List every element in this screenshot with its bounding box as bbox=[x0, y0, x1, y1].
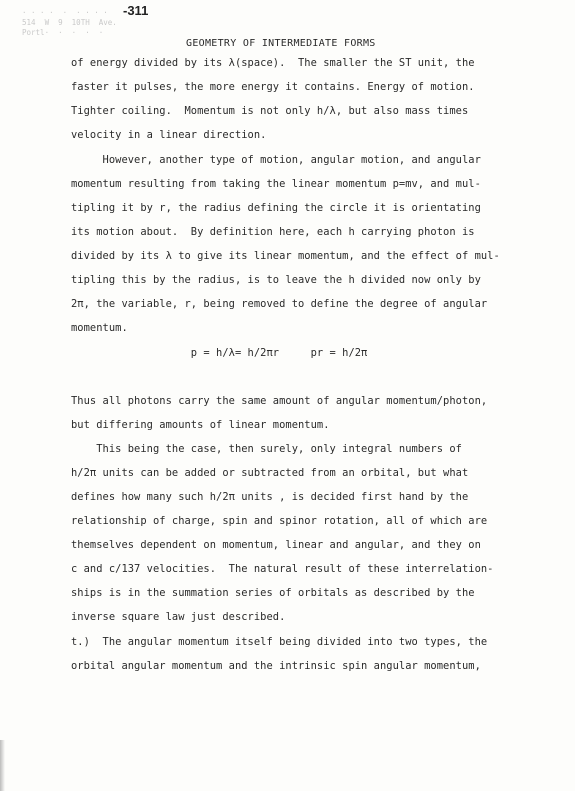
stamp-line: · · · · · · · · · bbox=[22, 8, 117, 18]
text-line: divided by its λ to give its linear mome… bbox=[71, 250, 500, 262]
text-line: 2π, the variable, r, being removed to de… bbox=[71, 298, 487, 310]
text-line: tipling this by the radius, is to leave … bbox=[71, 274, 481, 286]
address-stamp: · · · · · · · · · 514 W 9 10TH Ave. Port… bbox=[22, 8, 117, 38]
stamp-line: 514 W 9 10TH Ave. bbox=[22, 18, 117, 28]
text-line: t.) The angular momentum itself being di… bbox=[71, 636, 487, 648]
text-line: but differing amounts of linear momentum… bbox=[71, 419, 330, 431]
text-line: However, another type of motion, angular… bbox=[71, 154, 481, 166]
text-line: tipling it by r, the radius defining the… bbox=[71, 202, 481, 214]
page-number: -311 bbox=[123, 3, 148, 18]
text-line: inverse square law just described. bbox=[71, 611, 285, 623]
text-line: of energy divided by its λ(space). The s… bbox=[71, 57, 475, 69]
text-line: themselves dependent on momentum, linear… bbox=[71, 539, 481, 551]
stamp-line: Portl· · · · · bbox=[22, 28, 117, 38]
text-line: its motion about. By definition here, ea… bbox=[71, 226, 475, 238]
text-line: orbital angular momentum and the intrins… bbox=[71, 660, 481, 672]
text-line: momentum. bbox=[71, 322, 128, 334]
text-line: ships is in the summation series of orbi… bbox=[71, 587, 475, 599]
text-line: defines how many such h/2π units , is de… bbox=[71, 491, 468, 503]
text-line: c and c/137 velocities. The natural resu… bbox=[71, 563, 493, 575]
text-line: velocity in a linear direction. bbox=[71, 129, 266, 141]
text-line: This being the case, then surely, only i… bbox=[71, 443, 462, 455]
equation-line: p = h/λ= h/2πr pr = h/2π bbox=[71, 347, 367, 359]
text-line: relationship of charge, spin and spinor … bbox=[71, 515, 487, 527]
text-line: Thus all photons carry the same amount o… bbox=[71, 395, 487, 407]
text-line: h/2π units can be added or subtracted fr… bbox=[71, 467, 468, 479]
text-line: faster it pulses, the more energy it con… bbox=[71, 81, 475, 93]
text-line: Tighter coiling. Momentum is not only h/… bbox=[71, 105, 468, 117]
text-line: momentum resulting from taking the linea… bbox=[71, 178, 481, 190]
scan-edge-shadow bbox=[0, 740, 5, 791]
page-title: GEOMETRY OF INTERMEDIATE FORMS bbox=[186, 38, 376, 49]
